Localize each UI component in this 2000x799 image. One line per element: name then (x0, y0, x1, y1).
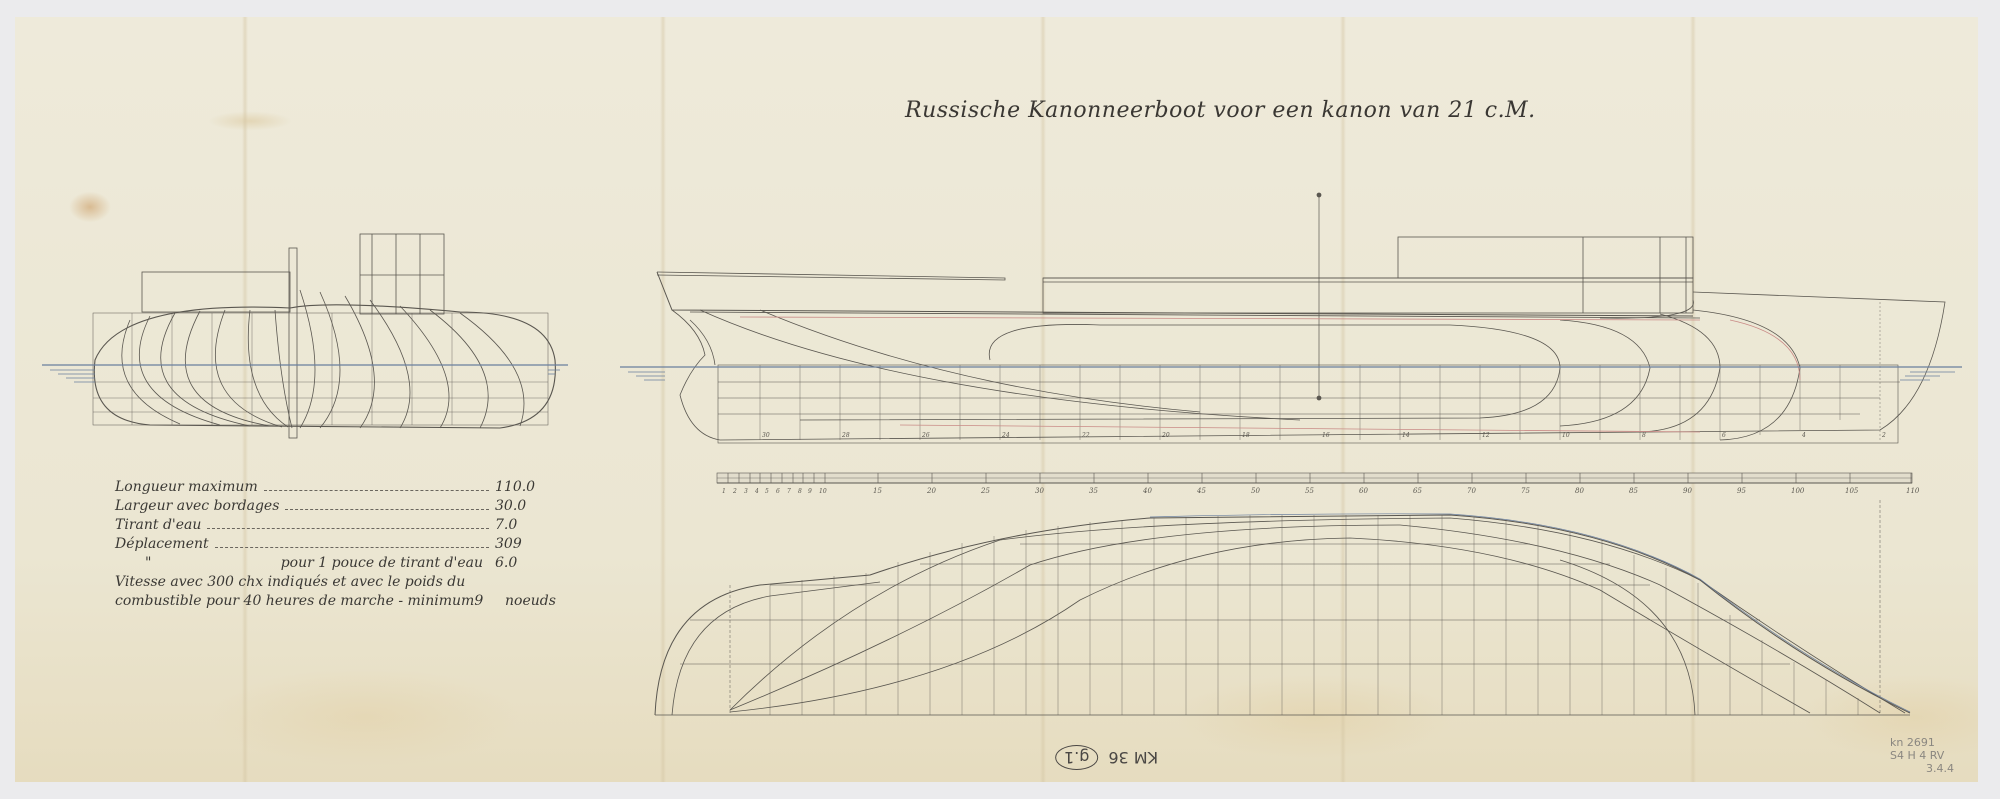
spec-label: combustible pour 40 heures de marche - m… (115, 592, 474, 611)
scale-label: 80 (1575, 487, 1584, 495)
station-number: 6 (1722, 432, 1726, 439)
spec-value: 309 (495, 535, 555, 554)
scale-bar-labels: 1234567891015202530354045505560657075808… (722, 487, 1920, 495)
scale-label: 95 (1737, 487, 1746, 495)
spec-value: 6.0 (495, 554, 555, 573)
pencil-note: 3.4.4 (1890, 762, 1954, 775)
station-number: 10 (1562, 432, 1570, 439)
scale-label: 75 (1521, 487, 1530, 495)
scale-label: 90 (1683, 487, 1692, 495)
pencil-note: kn 2691 (1890, 736, 1954, 749)
scale-label: 100 (1791, 487, 1805, 495)
scale-label: 105 (1845, 487, 1859, 495)
scale-label: 30 (1035, 487, 1044, 495)
pencil-notes: kn 2691 S4 H 4 RV 3.4.4 (1890, 736, 1954, 775)
scale-label: 50 (1251, 487, 1260, 495)
station-number: 20 (1161, 432, 1170, 439)
half-breadth-plan (655, 500, 1910, 715)
scale-label: 20 (926, 487, 936, 495)
station-number: 24 (1001, 432, 1010, 439)
station-number: 4 (1801, 432, 1806, 439)
scale-label: 3 (744, 488, 748, 495)
spec-row-speed-line1: Vitesse avec 300 chx indiqués et avec le… (115, 573, 555, 592)
scale-label: 8 (798, 488, 802, 495)
scale-label: 35 (1089, 487, 1098, 495)
scale-label: 60 (1359, 487, 1368, 495)
spec-label: Vitesse avec 300 chx indiqués et avec le… (115, 573, 465, 592)
spec-row: Déplacement 309 (115, 535, 555, 554)
waterline-body-plan (42, 365, 568, 382)
station-number: 26 (921, 432, 930, 439)
sheer-profile (657, 193, 1945, 443)
scale-label: 55 (1305, 487, 1314, 495)
station-number: 28 (841, 432, 850, 439)
scale-label: 10 (819, 488, 827, 495)
red-ink-lines (740, 317, 1800, 432)
scale-label: 110 (1906, 487, 1920, 495)
leader-dashes (207, 528, 489, 529)
station-number: 8 (1642, 432, 1646, 439)
ship-plan-drawing: 1234567891015202530354045505560657075808… (0, 0, 2000, 799)
spec-row: Largeur avec bordages 30.0 (115, 497, 555, 516)
scale-label: 4 (754, 488, 759, 495)
leader-dashes (215, 547, 489, 548)
specifications-table: Longueur maximum 110.0 Largeur avec bord… (115, 478, 555, 611)
spec-row: Tirant d'eau 7.0 (115, 516, 555, 535)
scale-label: 40 (1142, 487, 1152, 495)
scale-bar (717, 473, 1912, 483)
scale-label: 9 (808, 488, 812, 495)
station-number: 12 (1482, 432, 1490, 439)
scale-label: 5 (765, 488, 769, 495)
scale-label: 70 (1467, 487, 1476, 495)
station-number: 30 (762, 432, 770, 439)
spec-row: Longueur maximum 110.0 (115, 478, 555, 497)
spec-unit: noeuds (505, 592, 555, 611)
spec-label: Longueur maximum (115, 478, 258, 497)
scale-label: 65 (1413, 487, 1422, 495)
scale-label: 6 (776, 488, 780, 495)
scale-label: 2 (732, 488, 737, 495)
waterline-profile (620, 367, 1962, 380)
blue-outline-half-breadth (1150, 514, 1910, 712)
scale-label: 25 (980, 487, 990, 495)
scale-label: 85 (1629, 487, 1638, 495)
leader-dashes (264, 490, 489, 491)
scale-label: 7 (787, 488, 791, 495)
catalog-code: KM 36 (1108, 748, 1158, 767)
spec-value: 7.0 (495, 516, 555, 535)
spec-label: pour 1 pouce de tirant d'eau (151, 554, 495, 573)
station-number: 22 (1081, 432, 1090, 439)
station-number: 14 (1402, 432, 1410, 439)
pencil-note: S4 H 4 RV (1890, 749, 1954, 762)
station-number: 16 (1322, 432, 1330, 439)
spec-row-speed-line2: combustible pour 40 heures de marche - m… (115, 592, 555, 611)
scale-label: 1 (722, 488, 726, 495)
spec-value: 30.0 (495, 497, 555, 516)
scale-label: 45 (1196, 487, 1206, 495)
spec-label: Tirant d'eau (115, 516, 201, 535)
catalog-stamp: KM 36 g.1 (1055, 745, 1158, 770)
ditto-mark: " (115, 554, 151, 573)
catalog-circled-number: g.1 (1055, 745, 1098, 770)
station-number: 18 (1242, 432, 1250, 439)
spec-row-per-inch: " pour 1 pouce de tirant d'eau 6.0 (115, 554, 555, 573)
leader-dashes (285, 509, 489, 510)
spec-value: 110.0 (495, 478, 555, 497)
spec-value: 9 (474, 592, 505, 611)
body-plan (93, 234, 555, 438)
scale-label: 15 (873, 487, 882, 495)
station-number: 2 (1881, 432, 1886, 439)
spec-label: Largeur avec bordages (115, 497, 279, 516)
spec-label: Déplacement (115, 535, 209, 554)
